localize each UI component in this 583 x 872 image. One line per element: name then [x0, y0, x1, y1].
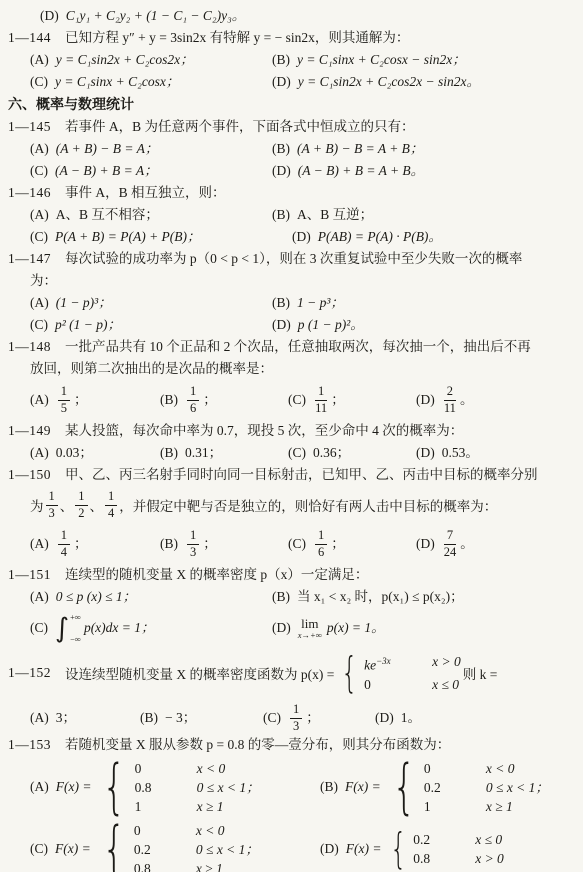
- option-a: (A)0.03；: [30, 442, 160, 464]
- fraction-denominator: 3: [293, 719, 299, 733]
- option-d: (D)0.53。: [416, 442, 583, 464]
- option-punctuation: ；: [331, 533, 345, 555]
- option-text: 1 − p³；: [297, 295, 344, 310]
- option-label: (C): [30, 163, 48, 178]
- fraction-numerator: 7: [444, 529, 456, 544]
- question-stem: 甲、乙、丙三名射手同时向同一目标射击，已知甲、乙、丙击中目标的概率分别: [65, 467, 538, 482]
- question-144-stem: 1—144已知方程 y″ + y = 3sin2x 有特解 y = − sin2…: [0, 27, 583, 49]
- option-label: (B): [272, 141, 290, 156]
- option-text: 0.36；: [313, 442, 350, 464]
- option-text: − 3；: [165, 707, 196, 729]
- option-label: (D): [272, 163, 291, 178]
- fraction-numerator: 1: [105, 490, 117, 505]
- option-d: (D) limx→+∞ p(x) = 1。: [272, 608, 583, 648]
- option-label: (A): [30, 141, 49, 156]
- left-brace: {: [102, 822, 126, 872]
- option-label: (C): [30, 74, 48, 89]
- question-number: 1—144: [8, 27, 51, 49]
- fraction-numerator: 1: [58, 529, 70, 544]
- option-b: (B)当 x₁ < x₂ 时，p(x₁) ≤ p(x₂)；: [272, 586, 583, 608]
- option-c: (C)0.36；: [288, 442, 416, 464]
- function-lhs: F(x) =: [345, 779, 381, 795]
- option-text: (A + B) − B = A；: [56, 141, 159, 156]
- question-151-options-ab: (A)0 ≤ p (x) ≤ 1； (B)当 x₁ < x₂ 时，p(x₁) ≤…: [0, 586, 583, 608]
- option-d: (D)y = C₁sin2x + C₂cos2x − sin2x。: [272, 71, 583, 93]
- option-label: (C): [30, 317, 48, 332]
- fraction: 15: [58, 385, 70, 414]
- question-stem: 若事件 A，B 为任意两个事件，下面各式中恒成立的只有：: [65, 119, 415, 134]
- question-stem: 若随机变量 X 服从参数 p = 0.8 的零—壹分布，则其分布函数为：: [65, 737, 450, 752]
- question-147-stem-cont: 为：: [0, 270, 583, 292]
- piecewise-row: 0.20 ≤ x < 1；: [424, 778, 549, 797]
- question-stem: 某人投篮，每次命中率为 0.7，现投 5 次，至少命中 4 次的概率为：: [65, 423, 463, 438]
- question-number: 1—153: [8, 734, 51, 756]
- question-stem: 每次试验的成功率为 p（0 < p < 1），则在 3 次重复试验中至少失败一次…: [65, 251, 522, 266]
- option-d: (D)p (1 − p)²。: [272, 314, 583, 336]
- question-150-stem-cont: 为 13 、 12 、 14 ，并假定中靶与否是独立的，则恰好有两人击中目标的概…: [0, 486, 583, 524]
- fraction-denominator: 6: [318, 545, 324, 559]
- option-text: 0.31；: [185, 442, 222, 464]
- option-a: (A)0 ≤ p (x) ≤ 1；: [30, 586, 272, 608]
- question-146-options-ab: (A)A、B 互不相容； (B)A、B 互逆；: [0, 204, 583, 226]
- question-number: 1—147: [8, 248, 51, 270]
- option-label: (B): [320, 779, 338, 795]
- option-label: (C): [30, 617, 48, 639]
- option-label: (B): [272, 207, 290, 222]
- question-number: 1—145: [8, 116, 51, 138]
- option-a: (A)(A + B) − B = A；: [30, 138, 272, 160]
- piecewise-function: { 0.2x ≤ 0 0.8x > 0: [385, 830, 503, 868]
- fraction-numerator: 1: [315, 385, 327, 400]
- option-b: (B)16；: [160, 380, 288, 420]
- fraction-denominator: 3: [190, 545, 196, 559]
- option-text: y = C₁sinx + C₂cosx；: [55, 74, 179, 89]
- option-b: (B)A、B 互逆；: [272, 204, 583, 226]
- scanned-exam-page: (D)C₁y₁ + C₂y₂ + (1 − C₁ − C₂)y₃。 1—144已…: [0, 0, 583, 872]
- option-label: (C): [288, 533, 306, 555]
- function-lhs: F(x) =: [346, 841, 382, 857]
- option-label: (B): [160, 442, 178, 464]
- option-label: (D): [272, 317, 291, 332]
- integral-upper-limit: +∞: [70, 613, 81, 622]
- fraction-denominator: 4: [108, 506, 114, 520]
- question-number: 1—152: [8, 665, 51, 681]
- option-text: p (1 − p)²。: [298, 317, 364, 332]
- option-punctuation: ；: [203, 389, 217, 411]
- question-146-stem: 1—146事件 A，B 相互独立，则：: [0, 182, 583, 204]
- option-label: (D): [375, 707, 394, 729]
- option-c: (C)y = C₁sinx + C₂cosx；: [30, 71, 272, 93]
- fraction-denominator: 2: [78, 506, 84, 520]
- fraction-numerator: 1: [315, 529, 327, 544]
- fraction-denominator: 24: [444, 545, 457, 559]
- piecewise-row: 0x < 0: [424, 759, 549, 778]
- option-text: P(AB) = P(A) · P(B)。: [318, 229, 442, 244]
- left-brace: {: [103, 760, 127, 814]
- option-punctuation: 。: [506, 866, 520, 872]
- fraction: 13: [46, 490, 58, 519]
- piecewise-row: 1x ≥ 1: [135, 797, 260, 816]
- question-stem: 连续型的随机变量 X 的概率密度 p（x）一定满足：: [65, 567, 368, 582]
- stem-text: 则 k =: [463, 663, 498, 683]
- question-number: 1—146: [8, 182, 51, 204]
- option-label: (D): [416, 533, 435, 555]
- option-label: (B): [272, 52, 290, 67]
- question-150-options: (A)14； (B)13； (C)16； (D)724。: [0, 524, 583, 564]
- option-text: (A − B) + B = A；: [55, 163, 158, 178]
- question-number: 1—149: [8, 420, 51, 442]
- option-label: (D): [416, 389, 435, 411]
- piecewise-function: { 0x < 0 0.20 ≤ x < 1； 1x ≥ 1: [385, 759, 549, 816]
- fraction-denominator: 3: [49, 506, 55, 520]
- option-c: (C)P(A + B) = P(A) + P(B)；: [30, 226, 292, 248]
- fraction: 13: [290, 703, 302, 732]
- piecewise-condition: x ≤ 0: [428, 675, 461, 694]
- piecewise-row: 0.8x > 0: [413, 849, 504, 868]
- option-text: p² (1 − p)；: [55, 317, 121, 332]
- fraction-numerator: 1: [75, 490, 87, 505]
- option-text: p(x)dx = 1；: [84, 617, 155, 639]
- option-b: (B)1 − p³；: [272, 292, 583, 314]
- fraction-denominator: 5: [61, 401, 67, 415]
- question-145-stem: 1—145若事件 A，B 为任意两个事件，下面各式中恒成立的只有：: [0, 116, 583, 138]
- option-label: (A): [30, 52, 49, 67]
- stem-text: 为: [30, 495, 44, 515]
- option-text: P(A + B) = P(A) + P(B)；: [55, 229, 201, 244]
- piecewise-row: 0.2x ≤ 0: [413, 830, 504, 849]
- option-a: (A)A、B 互不相容；: [30, 204, 272, 226]
- fraction: 724: [444, 529, 457, 558]
- option-b: (B)y = C₁sinx + C₂cosx − sin2x；: [272, 49, 583, 71]
- option-d: (D)(A − B) + B = A + B。: [272, 160, 583, 182]
- limit-subscript: x→+∞: [298, 631, 322, 640]
- option-label: (A): [30, 389, 49, 411]
- fraction-numerator: 2: [444, 385, 456, 400]
- option-punctuation: 。: [460, 533, 474, 555]
- option-label: (C): [30, 229, 48, 244]
- option-c: (C)(A − B) + B = A；: [30, 160, 272, 182]
- piecewise-row: 1x ≥ 1: [424, 797, 549, 816]
- option-d: (D)211。: [416, 380, 583, 420]
- option-text: 当 x₁ < x₂ 时，p(x₁) ≤ p(x₂)；: [297, 589, 464, 604]
- option-b: (B)− 3；: [140, 698, 263, 738]
- option-label: (D): [40, 8, 59, 23]
- question-stem: 事件 A，B 相互独立，则：: [65, 185, 226, 200]
- fraction-numerator: 1: [290, 703, 302, 718]
- option-c: (C)111；: [288, 380, 416, 420]
- option-text: (A + B) − B = A + B；: [297, 141, 423, 156]
- integral-symbol: ∫+∞−∞: [55, 613, 81, 643]
- option-punctuation: ；: [74, 533, 88, 555]
- option-label: (A): [30, 442, 49, 464]
- option-b: (B)13；: [160, 524, 288, 564]
- question-stem: 已知方程 y″ + y = 3sin2x 有特解 y = − sin2x，则其通…: [65, 30, 409, 45]
- option-label: (B): [160, 389, 178, 411]
- option-d: (D)1。: [375, 698, 583, 738]
- option-text: y = C₁sinx + C₂cosx − sin2x；: [297, 52, 466, 67]
- separator: 、: [60, 495, 74, 515]
- piecewise-row: 0x ≤ 0: [364, 675, 461, 694]
- option-text: 0 ≤ p (x) ≤ 1；: [56, 589, 136, 604]
- piecewise-function: { 0x < 0 0.20 ≤ x < 1； 0.8x ≥ 1: [95, 821, 259, 872]
- option-text: 3；: [56, 707, 76, 729]
- question-149-stem: 1—149某人投篮，每次命中率为 0.7，现投 5 次，至少命中 4 次的概率为…: [0, 420, 583, 442]
- option-c: (C)13；: [263, 698, 375, 738]
- option-a: (A)y = C₁sin2x + C₂cos2x；: [30, 49, 272, 71]
- fraction-denominator: 4: [61, 545, 67, 559]
- option-a: (A)14；: [30, 524, 160, 564]
- option-text: y = C₁sin2x + C₂cos2x − sin2x。: [298, 74, 480, 89]
- option-label: (D): [272, 617, 291, 639]
- fraction-denominator: 6: [190, 401, 196, 415]
- fraction-numerator: 1: [187, 385, 199, 400]
- option-punctuation: ；: [74, 389, 88, 411]
- question-152-stem: 1—152 设连续型随机变量 X 的概率密度函数为 p(x) = { ke−3x…: [0, 648, 583, 698]
- question-number: 1—150: [8, 464, 51, 486]
- fraction: 14: [58, 529, 70, 558]
- limit-symbol: limx→+∞: [298, 617, 322, 640]
- option-d: (D) F(x) = { 0.2x ≤ 0 0.8x > 0 。: [320, 818, 583, 872]
- option-text: 1。: [401, 707, 421, 729]
- piecewise-function: { 0x < 0 0.80 ≤ x < 1； 1x ≥ 1: [95, 759, 259, 816]
- question-151-options-cd: (C) ∫+∞−∞ p(x)dx = 1； (D) limx→+∞ p(x) =…: [0, 608, 583, 648]
- piecewise-condition: x > 0: [428, 652, 461, 675]
- question-147-stem: 1—147每次试验的成功率为 p（0 < p < 1），则在 3 次重复试验中至…: [0, 248, 583, 270]
- fraction: 16: [187, 385, 199, 414]
- exponent: −3x: [376, 656, 391, 666]
- option-text: (1 − p)³；: [56, 295, 112, 310]
- option-d: (D)P(AB) = P(A) · P(B)。: [292, 226, 583, 248]
- option-text: p(x) = 1。: [327, 617, 385, 639]
- piecewise-row: 0.20 ≤ x < 1；: [134, 840, 259, 859]
- option-text: (A − B) + B = A + B。: [298, 163, 424, 178]
- fraction: 12: [75, 490, 87, 519]
- fraction: 211: [444, 385, 456, 414]
- question-152-options: (A)3； (B)− 3； (C)13； (D)1。: [0, 698, 583, 734]
- question-number: 1—151: [8, 564, 51, 586]
- stem-text: ，并假定中靶与否是独立的，则恰好有两人击中目标的概率为：: [119, 495, 497, 515]
- question-144-options-ab: (A)y = C₁sin2x + C₂cos2x； (B)y = C₁sinx …: [0, 49, 583, 71]
- fraction: 14: [105, 490, 117, 519]
- option-label: (D): [320, 841, 339, 857]
- fraction-numerator: 1: [187, 529, 199, 544]
- piecewise-function: { ke−3xx > 0 0x ≤ 0: [336, 652, 460, 694]
- fraction: 16: [315, 529, 327, 558]
- option-c: (C) F(x) = { 0x < 0 0.20 ≤ x < 1； 0.8x ≥…: [30, 818, 320, 872]
- option-text: A、B 互不相容；: [56, 207, 159, 222]
- option-b: (B) F(x) = { 0x < 0 0.20 ≤ x < 1； 1x ≥ 1: [320, 756, 583, 818]
- question-148-options: (A)15； (B)16； (C)111； (D)211。: [0, 380, 583, 420]
- option-c: (C)p² (1 − p)；: [30, 314, 272, 336]
- option-punctuation: ；: [203, 533, 217, 555]
- question-147-options-ab: (A)(1 − p)³； (B)1 − p³；: [0, 292, 583, 314]
- piecewise-row: 0.8x ≥ 1: [134, 859, 259, 872]
- option-label: (C): [30, 841, 48, 857]
- option-label: (D): [292, 229, 311, 244]
- function-lhs: F(x) =: [55, 841, 91, 857]
- option-label: (B): [272, 589, 290, 604]
- piecewise-row: 0x < 0: [135, 759, 260, 778]
- separator: 、: [90, 495, 104, 515]
- fraction: 111: [315, 385, 327, 414]
- carryover-option-d: (D)C₁y₁ + C₂y₂ + (1 − C₁ − C₂)y₃。: [0, 5, 583, 27]
- option-c: (C)16；: [288, 524, 416, 564]
- left-brace: {: [341, 654, 358, 692]
- question-146-options-cd: (C)P(A + B) = P(A) + P(B)； (D)P(AB) = P(…: [0, 226, 583, 248]
- option-b: (B)0.31；: [160, 442, 288, 464]
- fraction: 13: [187, 529, 199, 558]
- option-a: (A)3；: [30, 698, 140, 738]
- question-150-stem: 1—150甲、乙、丙三名射手同时向同一目标射击，已知甲、乙、丙击中目标的概率分别: [0, 464, 583, 486]
- option-label: (B): [140, 707, 158, 729]
- question-stem: 设连续型随机变量 X 的概率密度函数为 p(x) =: [65, 663, 334, 683]
- piecewise-row: ke−3xx > 0: [364, 652, 461, 675]
- option-text: 0.03；: [56, 442, 93, 464]
- left-brace: {: [391, 830, 408, 868]
- option-text: 0.53。: [442, 442, 479, 464]
- piecewise-row: 0.80 ≤ x < 1；: [135, 778, 260, 797]
- piecewise-row: 0x < 0: [134, 821, 259, 840]
- question-145-options-ab: (A)(A + B) − B = A； (B)(A + B) − B = A +…: [0, 138, 583, 160]
- option-text: A、B 互逆；: [297, 207, 373, 222]
- fraction-denominator: 11: [444, 401, 456, 415]
- option-b: (B)(A + B) − B = A + B；: [272, 138, 583, 160]
- option-a: (A)15；: [30, 380, 160, 420]
- option-math: C₁y₁ + C₂y₂ + (1 − C₁ − C₂)y₃。: [66, 8, 246, 23]
- question-149-options: (A)0.03； (B)0.31； (C)0.36； (D)0.53。: [0, 442, 583, 464]
- left-brace: {: [392, 760, 416, 814]
- option-label: (C): [263, 707, 281, 729]
- option-label: (A): [30, 295, 49, 310]
- fraction-denominator: 11: [315, 401, 327, 415]
- option-label: (A): [30, 707, 49, 729]
- option-label: (C): [288, 389, 306, 411]
- option-label: (D): [416, 442, 435, 464]
- question-148-stem-cont: 放回，则第二次抽出的是次品的概率是：: [0, 358, 583, 380]
- question-number: 1—148: [8, 336, 51, 358]
- option-label: (A): [30, 779, 49, 795]
- question-stem: 一批产品共有 10 个正品和 2 个次品，任意抽取两次，每次抽一个，抽出后不再: [65, 339, 531, 354]
- option-label: (A): [30, 589, 49, 604]
- option-c: (C) ∫+∞−∞ p(x)dx = 1；: [30, 608, 272, 648]
- question-147-options-cd: (C)p² (1 − p)； (D)p (1 − p)²。: [0, 314, 583, 336]
- function-lhs: F(x) =: [56, 779, 92, 795]
- integral-lower-limit: −∞: [70, 635, 81, 644]
- question-145-options-cd: (C)(A − B) + B = A； (D)(A − B) + B = A +…: [0, 160, 583, 182]
- option-label: (B): [272, 295, 290, 310]
- option-label: (A): [30, 533, 49, 555]
- option-label: (A): [30, 207, 49, 222]
- option-text: y = C₁sin2x + C₂cos2x；: [56, 52, 194, 67]
- question-153-options: (A) F(x) = { 0x < 0 0.80 ≤ x < 1； 1x ≥ 1…: [0, 756, 583, 872]
- question-151-stem: 1—151连续型的随机变量 X 的概率密度 p（x）一定满足：: [0, 564, 583, 586]
- option-label: (B): [160, 533, 178, 555]
- section-heading: 六、概率与数理统计: [0, 93, 583, 116]
- question-148-stem: 1—148一批产品共有 10 个正品和 2 个次品，任意抽取两次，每次抽一个，抽…: [0, 336, 583, 358]
- option-punctuation: 。: [460, 389, 474, 411]
- fraction-numerator: 1: [58, 385, 70, 400]
- option-d: (D)724。: [416, 524, 583, 564]
- question-144-options-cd: (C)y = C₁sinx + C₂cosx； (D)y = C₁sin2x +…: [0, 71, 583, 93]
- option-a: (A)(1 − p)³；: [30, 292, 272, 314]
- option-label: (D): [272, 74, 291, 89]
- option-punctuation: ；: [306, 707, 320, 729]
- option-a: (A) F(x) = { 0x < 0 0.80 ≤ x < 1； 1x ≥ 1: [30, 756, 320, 818]
- option-punctuation: ；: [331, 389, 345, 411]
- option-label: (C): [288, 442, 306, 464]
- fraction-numerator: 1: [46, 490, 58, 505]
